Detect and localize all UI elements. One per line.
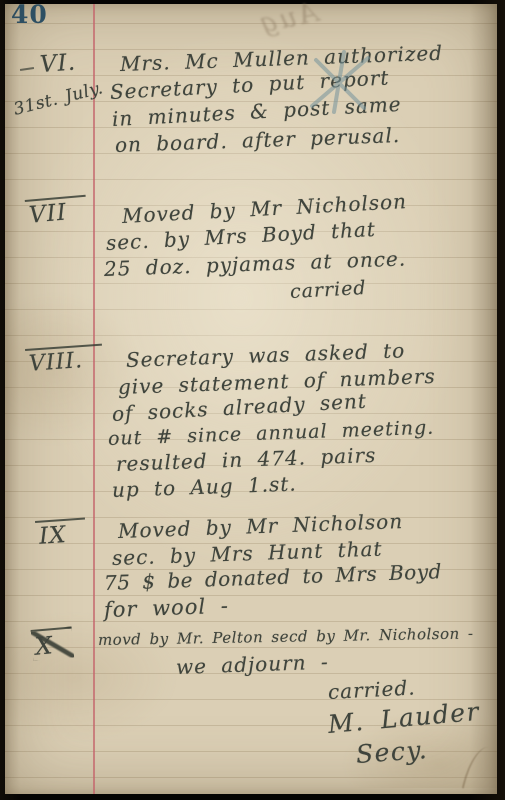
scanned-minutes-page: 40 Aug VI. 31st. July. Mrs. Mc Mullen au… (0, 0, 505, 800)
red-margin-rule (93, 4, 95, 794)
entry-numeral-vi: VI. (39, 50, 77, 78)
entry-line: for wool - (104, 594, 230, 622)
entry-numeral-vii: VII (25, 195, 88, 229)
entry-line: carried. (327, 675, 416, 704)
signature-title: Secy. (355, 735, 429, 769)
entry-numeral-x: X (31, 626, 75, 660)
pencil-x-scribble (300, 50, 380, 116)
page-number: 40 (11, 0, 48, 29)
entry-numeral-ix: IX (35, 518, 87, 550)
entry-numeral-viii: VIII. (25, 344, 104, 377)
entry-line: carried (289, 277, 367, 303)
